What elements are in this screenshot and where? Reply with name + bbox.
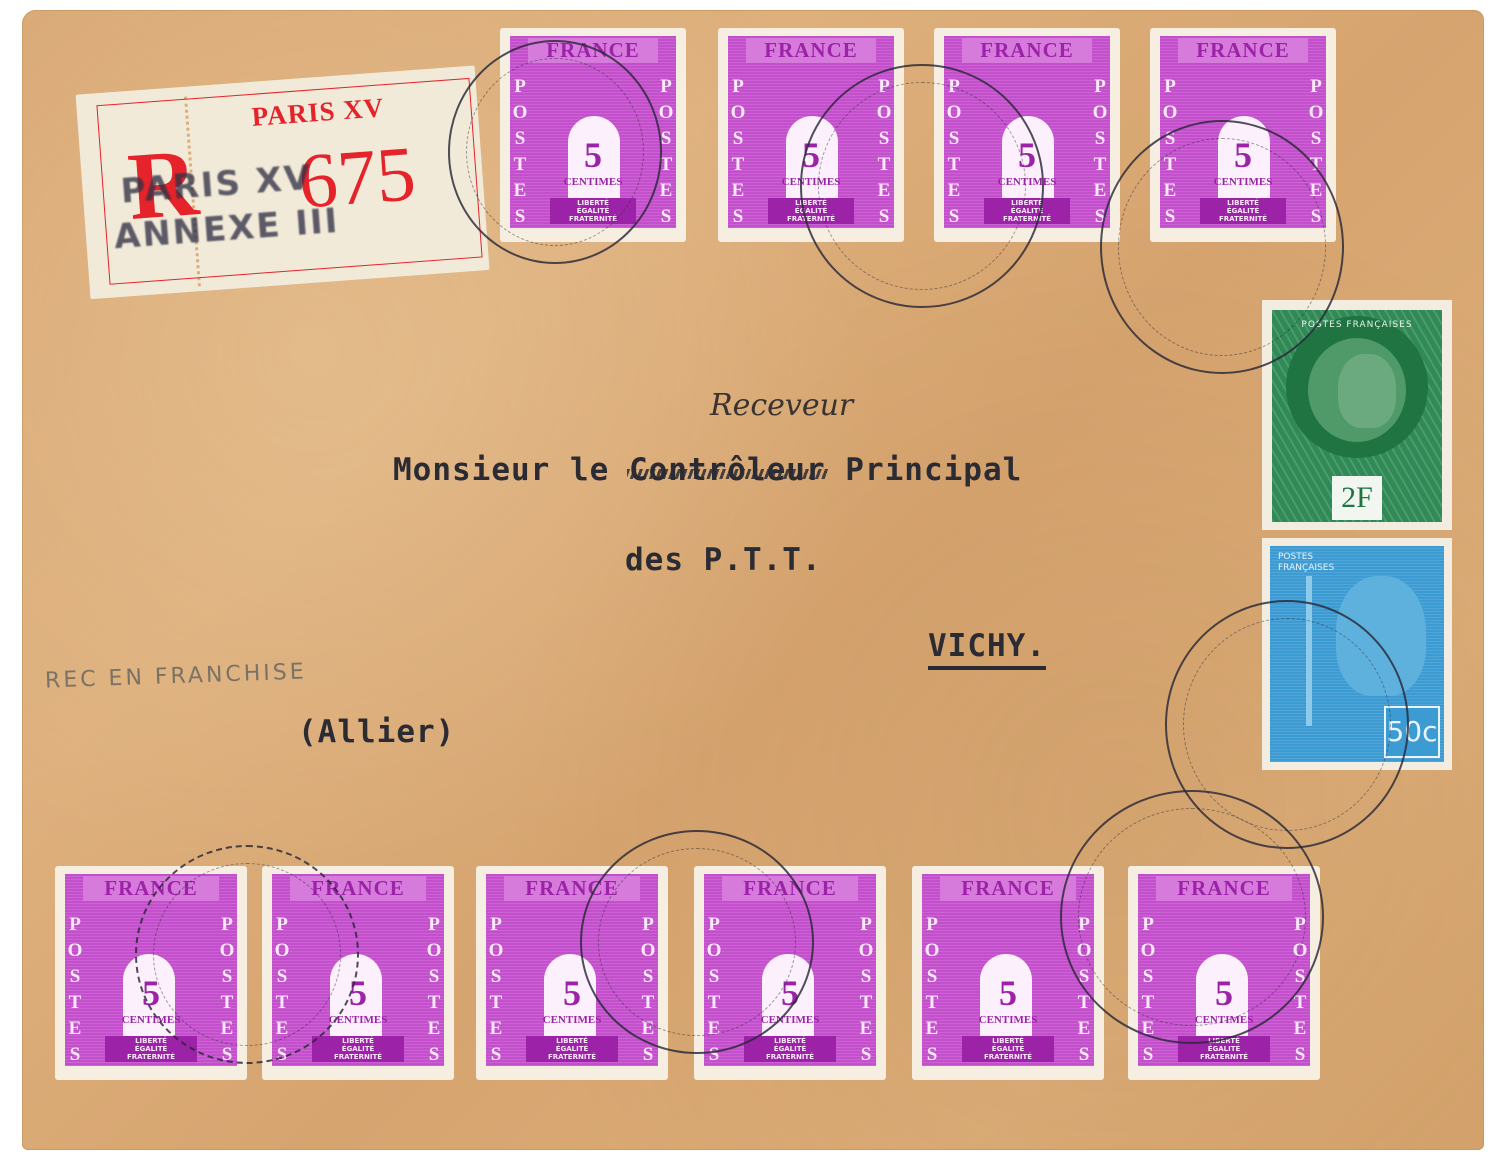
- stamp-motto: LIBERTÉ ÉGALITÉ FRATERNITÉ: [744, 1036, 836, 1062]
- stamp-value: 5: [922, 972, 1094, 1014]
- stamp-unit: CENTIMES: [922, 1014, 1094, 1026]
- inscription-line-1: POSTES: [1278, 552, 1334, 563]
- stamp-country: FRANCE: [962, 38, 1092, 63]
- struck-title: Contrôleur: [629, 452, 826, 488]
- city-name: VICHY.: [928, 628, 1046, 670]
- address-city: VICHY.: [928, 628, 1046, 664]
- stamp-value: 2F: [1332, 476, 1382, 520]
- stamp-motto: LIBERTÉ ÉGALITÉ FRATERNITÉ: [526, 1036, 618, 1062]
- stamp-country: FRANCE: [746, 38, 876, 63]
- portrait-background: [1308, 338, 1406, 442]
- postmark: [1100, 120, 1344, 374]
- stamp-motto: LIBERTÉ ÉGALITÉ FRATERNITÉ: [312, 1036, 404, 1062]
- postmark: [800, 64, 1044, 308]
- address-line-1: Monsieur le Contrôleur Principal: [393, 452, 1022, 488]
- stamp-motto: LIBERTÉ ÉGALITÉ FRATERNITÉ: [962, 1036, 1054, 1062]
- address-suffix: Principal: [845, 452, 1022, 488]
- portrait-head-icon: [1338, 354, 1396, 428]
- address-prefix: Monsieur le: [393, 452, 609, 488]
- address-line-2: des P.T.T.: [625, 542, 822, 578]
- postmark: [448, 40, 662, 264]
- stamp-country: FRANCE: [940, 876, 1076, 901]
- inscription-line-2: FRANÇAISES: [1278, 563, 1334, 574]
- postmark: [580, 830, 814, 1054]
- postmark: [1060, 790, 1324, 1044]
- postmark: [135, 845, 359, 1064]
- handwritten-correction: Receveur: [710, 388, 853, 423]
- registration-label: PARIS XV R 675 PARIS XV ANNEXE III: [51, 24, 510, 325]
- address-department: (Allier): [298, 714, 455, 750]
- stamp-inscription: POSTES FRANÇAISES: [1278, 552, 1334, 574]
- stamp-country: FRANCE: [1178, 38, 1308, 63]
